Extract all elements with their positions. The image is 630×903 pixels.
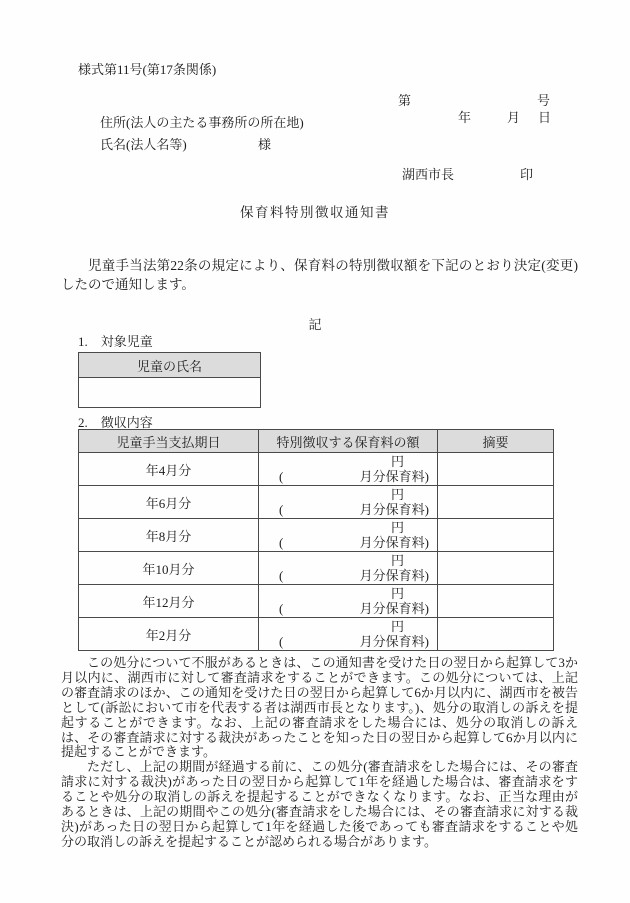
doc-number-prefix: 第: [398, 90, 411, 109]
section1-heading: 1. 対象児童: [78, 331, 153, 350]
recipient-name-label: 氏名(法人名等): [100, 134, 187, 153]
amount-paren-open: (: [279, 535, 283, 550]
amount-paren-label: 月分保育料): [360, 568, 429, 583]
issuer-seal-label: 印: [520, 164, 533, 183]
payment-period-cell: 年6月分: [79, 486, 259, 519]
table-row: 年4月分 円 ( 月分保育料): [79, 453, 554, 486]
form-number: 様式第11号(第17条関係): [78, 59, 216, 78]
amount-paren-open: (: [279, 469, 283, 484]
payment-period-cell: 年8月分: [79, 519, 259, 552]
recipient-honorific: 様: [258, 134, 271, 153]
amount-paren-label: 月分保育料): [360, 535, 429, 550]
remarks-cell: [438, 519, 554, 552]
child-name-value-cell: [79, 378, 261, 408]
amount-unit: 円: [259, 619, 437, 634]
intro-paragraph: 児童手当法第22条の規定により、保育料の特別徴収額を下記のとおり決定(変更)した…: [61, 256, 578, 294]
amount-cell: 円 ( 月分保育料): [259, 618, 438, 651]
remarks-cell: [438, 552, 554, 585]
table-row: 年12月分 円 ( 月分保育料): [79, 585, 554, 618]
amount-paren-open: (: [279, 502, 283, 517]
remarks-cell: [438, 585, 554, 618]
table-row: 年8月分 円 ( 月分保育料): [79, 519, 554, 552]
table-row: 年2月分 円 ( 月分保育料): [79, 618, 554, 651]
remarks-cell: [438, 486, 554, 519]
appeal-notes: この処分について不服があるときは、この通知書を受けた日の翌日から起算して3か月以…: [61, 656, 578, 850]
amount-paren-open: (: [279, 634, 283, 649]
column-header-amount: 特別徴収する保育料の額: [259, 430, 438, 453]
collection-table: 児童手当支払期日 特別徴収する保育料の額 摘要 年4月分 円 ( 月分保育料) …: [78, 429, 554, 651]
issue-date-year-label: 年: [458, 107, 471, 126]
note-paragraph: ただし、上記の期間が経過する前に、この処分(審査請求をした場合には、その審査請求…: [61, 760, 578, 849]
amount-paren-open: (: [279, 568, 283, 583]
amount-cell: 円 ( 月分保育料): [259, 519, 438, 552]
amount-unit: 円: [259, 487, 437, 502]
recipient-address-label: 住所(法人の主たる事務所の所在地): [100, 112, 304, 131]
amount-unit: 円: [259, 454, 437, 469]
payment-period-cell: 年12月分: [79, 585, 259, 618]
amount-unit: 円: [259, 586, 437, 601]
amount-paren-label: 月分保育料): [360, 502, 429, 517]
document-title: 保育料特別徴収通知書: [0, 201, 630, 221]
amount-cell: 円 ( 月分保育料): [259, 453, 438, 486]
remarks-cell: [438, 618, 554, 651]
column-header-payment-period: 児童手当支払期日: [79, 430, 259, 453]
table-row: 年6月分 円 ( 月分保育料): [79, 486, 554, 519]
amount-paren-open: (: [279, 601, 283, 616]
issuer-mayor-name: 湖西市長: [402, 164, 454, 183]
collection-table-header-row: 児童手当支払期日 特別徴収する保育料の額 摘要: [79, 430, 554, 453]
child-name-table: 児童の氏名: [78, 352, 261, 408]
note-paragraph: この処分について不服があるときは、この通知書を受けた日の翌日から起算して3か月以…: [61, 656, 578, 760]
payment-period-cell: 年2月分: [79, 618, 259, 651]
amount-paren-label: 月分保育料): [360, 601, 429, 616]
issue-date-day-label: 日: [538, 107, 551, 126]
amount-cell: 円 ( 月分保育料): [259, 552, 438, 585]
document-page: 様式第11号(第17条関係) 第 号 年 月 日 住所(法人の主たる事務所の所在…: [0, 0, 630, 903]
payment-period-cell: 年10月分: [79, 552, 259, 585]
child-name-column-header: 児童の氏名: [79, 353, 261, 378]
issue-date-month-label: 月: [507, 107, 520, 126]
amount-paren-label: 月分保育料): [360, 634, 429, 649]
amount-paren-label: 月分保育料): [360, 469, 429, 484]
column-header-remarks: 摘要: [438, 430, 554, 453]
table-row: 年10月分 円 ( 月分保育料): [79, 552, 554, 585]
amount-unit: 円: [259, 520, 437, 535]
amount-cell: 円 ( 月分保育料): [259, 486, 438, 519]
amount-cell: 円 ( 月分保育料): [259, 585, 438, 618]
remarks-cell: [438, 453, 554, 486]
payment-period-cell: 年4月分: [79, 453, 259, 486]
amount-unit: 円: [259, 553, 437, 568]
